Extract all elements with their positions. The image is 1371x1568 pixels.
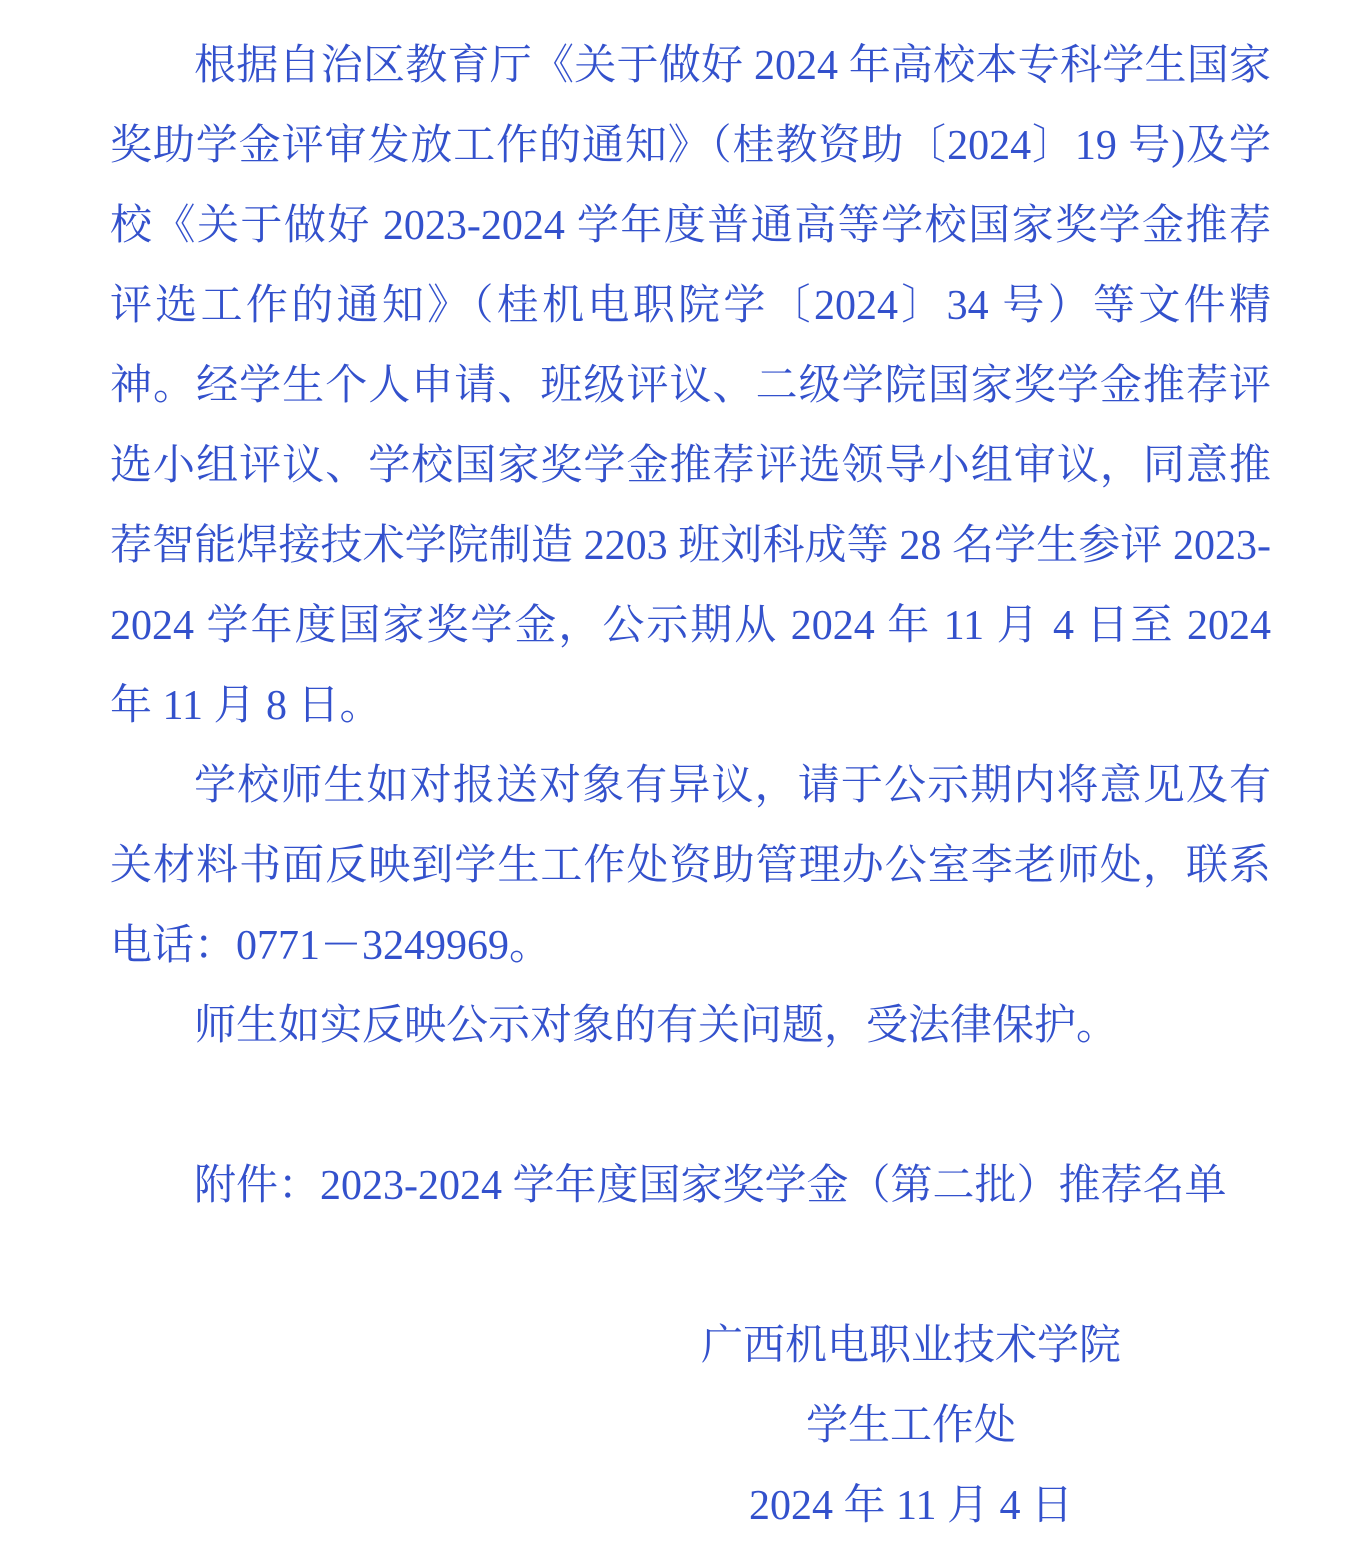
attachment-line: 附件：2023-2024 学年度国家奖学金（第二批）推荐名单 bbox=[110, 1146, 1271, 1226]
signature-organization: 广西机电职业技术学院 bbox=[641, 1306, 1181, 1386]
paragraph-legal-protection: 师生如实反映公示对象的有关问题，受法律保护。 bbox=[110, 986, 1271, 1066]
paragraph-basis: 根据自治区教育厅《关于做好 2024 年高校本专科学生国家奖助学金评审发放工作的… bbox=[110, 26, 1271, 746]
signature-date: 2024 年 11 月 4 日 bbox=[641, 1466, 1181, 1546]
paragraph-objection-contact: 学校师生如对报送对象有异议，请于公示期内将意见及有关材料书面反映到学生工作处资助… bbox=[110, 746, 1271, 986]
document-body: 根据自治区教育厅《关于做好 2024 年高校本专科学生国家奖助学金评审发放工作的… bbox=[110, 26, 1271, 1546]
signature-department: 学生工作处 bbox=[641, 1386, 1181, 1466]
document-page: 根据自治区教育厅《关于做好 2024 年高校本专科学生国家奖助学金评审发放工作的… bbox=[0, 0, 1371, 1568]
signature-block: 广西机电职业技术学院 学生工作处 2024 年 11 月 4 日 bbox=[641, 1306, 1181, 1546]
